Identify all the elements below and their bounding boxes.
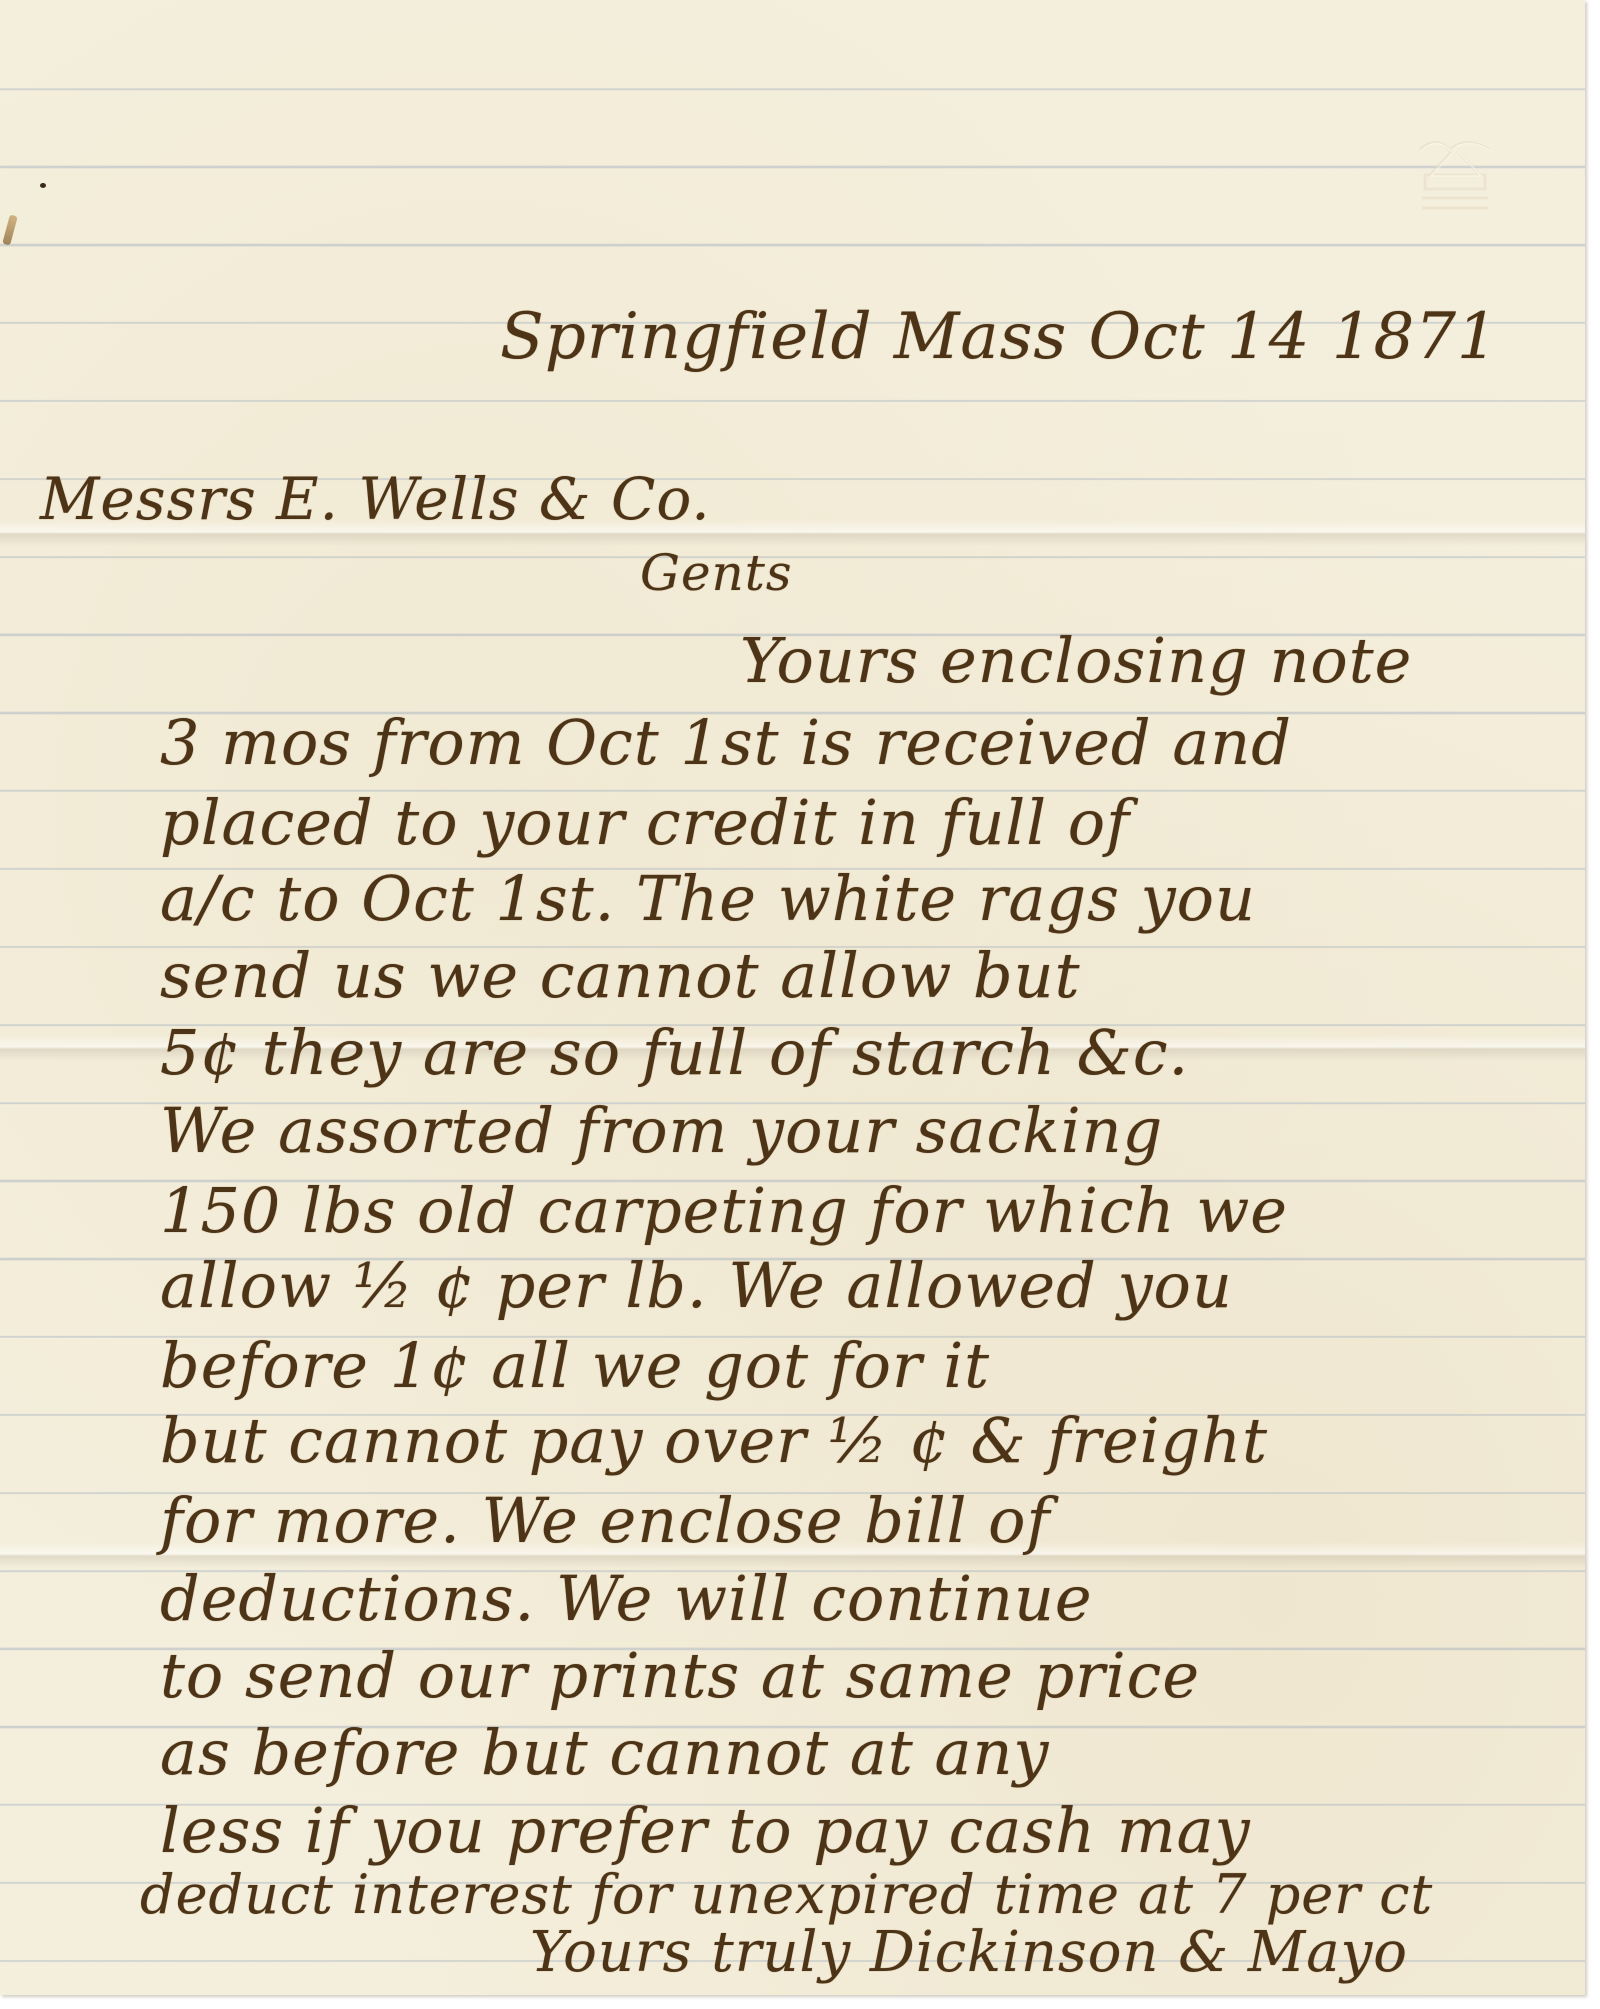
ink-speck: [40, 183, 46, 188]
letter-body-line: allow ½ ¢ per lb. We allowed you: [160, 1255, 1233, 1317]
letter-body-line: 5¢ they are so full of starch &c.: [160, 1022, 1189, 1084]
letter-body-line: as before but cannot at any: [160, 1722, 1049, 1784]
letter-body-line: send us we cannot allow but: [160, 945, 1081, 1007]
letter-body-line: deductions. We will continue: [160, 1568, 1093, 1630]
letter-body-line: placed to your credit in full of: [160, 792, 1130, 854]
letter-body-line: to send our prints at same price: [160, 1645, 1200, 1707]
letter-body-line: 150 lbs old carpeting for which we: [160, 1180, 1288, 1242]
letter-body-line: before 1¢ all we got for it: [160, 1335, 990, 1397]
letter-addressee: Messrs E. Wells & Co.: [40, 470, 711, 528]
letter-body-line: Yours enclosing note: [740, 630, 1412, 692]
letter-body-line: less if you prefer to pay cash may: [160, 1800, 1251, 1862]
letter-body-line: 3 mos from Oct 1st is received and: [160, 712, 1292, 774]
embossed-stamp-icon: [1400, 120, 1510, 230]
letter-salutation: Gents: [640, 548, 793, 598]
letter-paper: Springfield Mass Oct 14 1871 Messrs E. W…: [0, 0, 1585, 1995]
letter-place-date: Springfield Mass Oct 14 1871: [500, 305, 1499, 369]
letter-body-line: We assorted from your sacking: [160, 1100, 1163, 1162]
letter-body-line: for more. We enclose bill of: [160, 1490, 1050, 1552]
letter-body-line: a/c to Oct 1st. The white rags you: [160, 868, 1256, 930]
letter-body-line: deduct interest for unexpired time at 7 …: [140, 1868, 1433, 1922]
letter-body-line: but cannot pay over ½ ¢ & freight: [160, 1410, 1268, 1472]
letter-signature: Yours truly Dickinson & Mayo: [530, 1925, 1408, 1981]
